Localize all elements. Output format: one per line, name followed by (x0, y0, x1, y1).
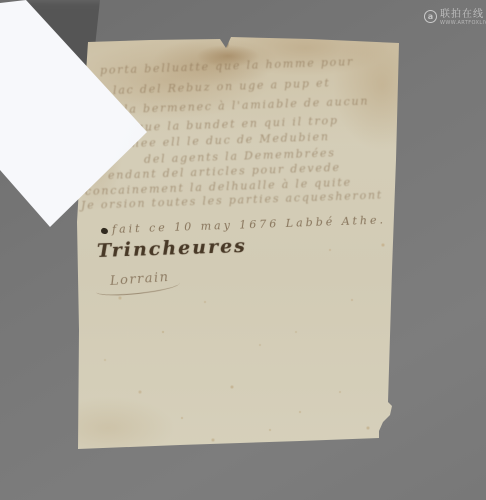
watermark-logo-icon: a (424, 10, 437, 23)
watermark-subtitle: WWW.ARTFOXLIVE.COM (440, 20, 486, 26)
watermark-title: 联拍在线 (440, 9, 486, 20)
photo-scene: porta belluatte que la homme pour lac de… (0, 0, 486, 500)
watermark: a 联拍在线 WWW.ARTFOXLIVE.COM (424, 9, 486, 26)
watermark-logo-letter: a (428, 13, 433, 21)
watermark-text: 联拍在线 WWW.ARTFOXLIVE.COM (440, 9, 486, 26)
